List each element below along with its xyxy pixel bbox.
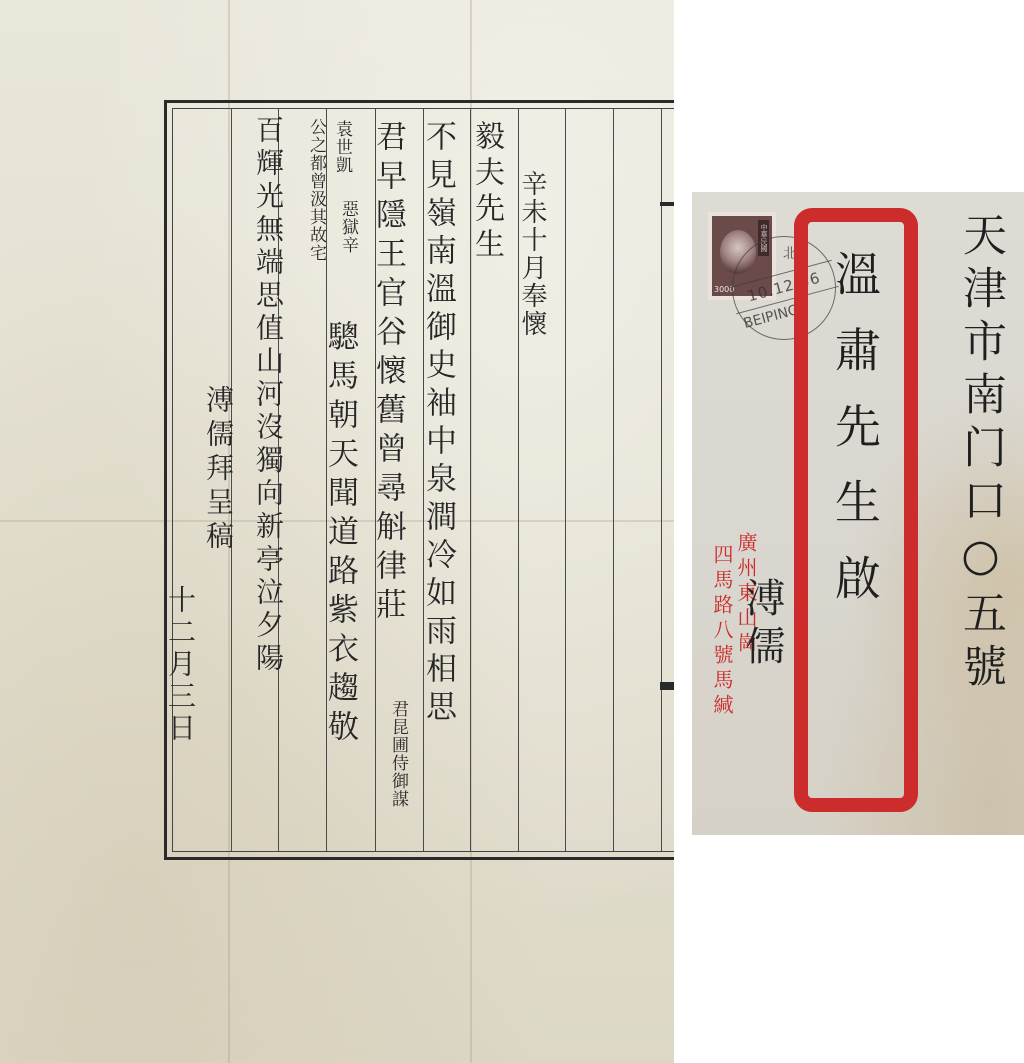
letter-body-line-3: 驄馬朝天聞道路紫衣趨敬 xyxy=(318,320,363,749)
letter-annotation-3: 惡獄辛 xyxy=(336,200,361,254)
frame-tab-mark xyxy=(660,682,674,690)
letter-body-line-1: 不見嶺南溫御史袖中泉澗冷如雨相思 xyxy=(416,120,461,728)
letter-annotation-1: 君昆圃侍御謀 xyxy=(386,700,411,840)
letter-closing-date: 十二月三日 xyxy=(160,585,200,745)
letter-signature: 溥儒拜呈稿 xyxy=(198,385,238,555)
letter-addressee-column: 毅夫先生 xyxy=(464,120,508,264)
letter-date-column: 辛未十月奉懷 xyxy=(514,170,551,338)
letter-sheet: 辛未十月奉懷 毅夫先生 不見嶺南溫御史袖中泉澗冷如雨相思 君昆圃侍御謀 君早隱王… xyxy=(0,0,674,1063)
letter-annotation-2b: 公之都曾汲其故宅 xyxy=(304,118,329,262)
letter-body-line-2: 君早隱王官谷懷舊曾尋斛律莊 xyxy=(366,120,411,627)
letter-annotation-2a: 袁世凱 xyxy=(330,120,355,174)
frame-tab-mark xyxy=(660,202,674,206)
envelope-recipient: 溫肅先生啟 xyxy=(822,250,888,630)
return-address-line-2: 四馬路八號馬緘 xyxy=(708,544,737,719)
envelope-address: 天津市南门口○五號 xyxy=(948,212,1012,696)
envelope-sender-name: 溥儒 xyxy=(734,577,791,673)
envelope: 中華民國 3000 北 10.12.36 BEIPING 天津市南门口○五號 溫… xyxy=(692,192,1024,835)
letter-body-line-4: 百輝光無端思值山河沒獨向新亭泣夕陽 xyxy=(248,115,288,676)
